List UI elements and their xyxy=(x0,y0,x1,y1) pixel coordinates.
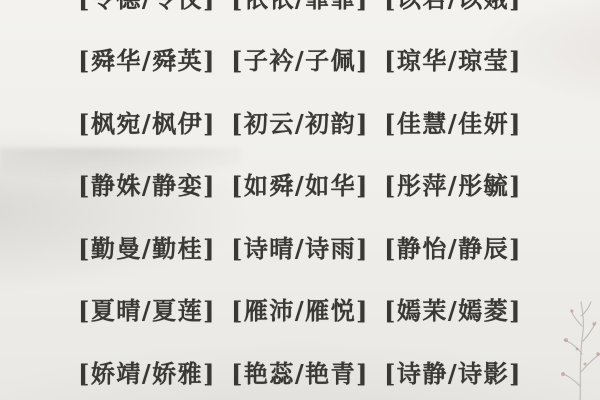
name-pair: [如舜/如华] xyxy=(231,166,369,201)
name-pair: [令德/令仪] xyxy=(78,0,216,14)
name-pair: [枫宛/枫伊] xyxy=(78,104,216,139)
name-row: [舜华/舜英][子衿/子佩][琼华/琼莹] xyxy=(0,28,600,91)
name-pair: [诗静/诗影] xyxy=(384,354,522,389)
name-pair: [诗晴/诗雨] xyxy=(231,229,369,264)
name-pair: [雁沛/雁悦] xyxy=(231,291,369,326)
name-row: [夏晴/夏莲][雁沛/雁悦][嫣茉/嫣菱] xyxy=(0,278,600,341)
name-row: [勤曼/勤桂][诗晴/诗雨][静怡/静辰] xyxy=(0,215,600,278)
name-pair: [夏晴/夏莲] xyxy=(78,291,216,326)
name-pair: [舜华/舜英] xyxy=(78,41,216,76)
name-row: [枫宛/枫伊][初云/初韵][佳慧/佳妍] xyxy=(0,90,600,153)
name-row: [静姝/静娈][如舜/如华][彤萍/彤毓] xyxy=(0,153,600,216)
name-pair: [以君/以娥] xyxy=(384,0,522,14)
name-pair: [娇靖/娇雅] xyxy=(78,354,216,389)
name-pair: [琼华/琼莹] xyxy=(384,41,522,76)
name-pair: [静姝/静娈] xyxy=(78,166,216,201)
name-pair: [嫣茉/嫣菱] xyxy=(384,291,522,326)
name-pair: [艳蕊/艳青] xyxy=(231,354,369,389)
name-pair: [静怡/静辰] xyxy=(384,229,522,264)
name-row: [令德/令仪][依依/霏霏][以君/以娥] xyxy=(0,0,600,28)
name-row: [娇靖/娇雅][艳蕊/艳青][诗静/诗影] xyxy=(0,340,600,400)
name-pair: [勤曼/勤桂] xyxy=(78,229,216,264)
name-pair: [佳慧/佳妍] xyxy=(384,104,522,139)
name-pair: [彤萍/彤毓] xyxy=(384,166,522,201)
name-pair: [依依/霏霏] xyxy=(231,0,369,14)
name-pair: [初云/初韵] xyxy=(231,104,369,139)
name-pair: [子衿/子佩] xyxy=(231,41,369,76)
name-grid: [令德/令仪][依依/霏霏][以君/以娥][舜华/舜英][子衿/子佩][琼华/琼… xyxy=(0,0,600,400)
